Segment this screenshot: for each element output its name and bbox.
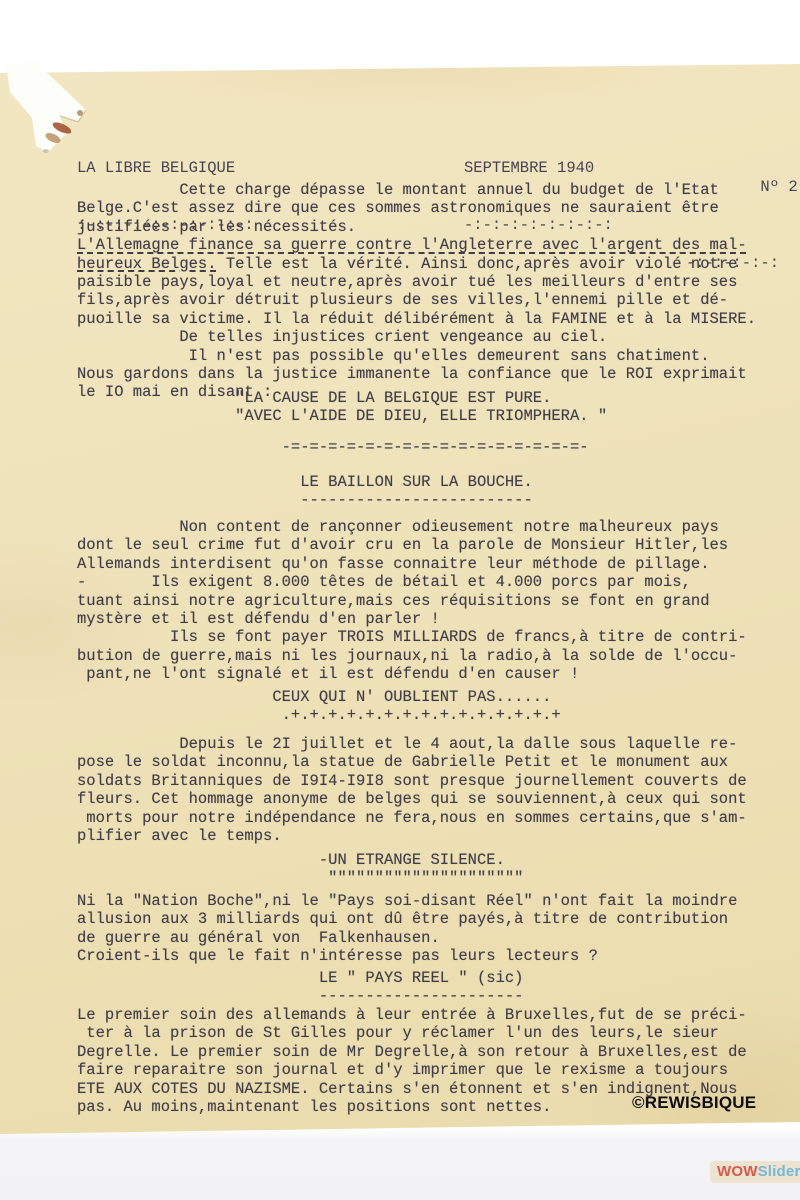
doc-line: ------------------------- (77, 491, 533, 509)
doc-line: "LA CAUSE DE LA BELGIQUE EST PURE. (77, 389, 607, 407)
heading-ceux: CEUX QUI N' OUBLIENT PAS...... .+.+.+.+.… (77, 688, 561, 725)
para-opening: Cette charge dépasse le montant annuel d… (77, 181, 756, 402)
doc-line: Croient-ils que le fait n'intéresse pas … (77, 947, 737, 965)
doc-line: dont le seul crime fut d'avoir cru en la… (77, 536, 747, 554)
doc-line: ter à la prison de St Gilles pour y récl… (77, 1024, 747, 1042)
doc-line: puoille sa victime. Il la réduit délibér… (77, 310, 756, 328)
quote-king: "LA CAUSE DE LA BELGIQUE EST PURE. "AVEC… (77, 389, 607, 426)
doc-line: fils,après avoir détruit plusieurs de se… (77, 291, 756, 309)
doc-line: De telles injustices crient vengeance au… (77, 328, 756, 346)
doc-line: -=-=-=-=-=-=-=-=-=-=-=-=-=-=-=-=- (77, 438, 589, 456)
slider-label: Slider (758, 1163, 800, 1180)
doc-line: .+.+.+.+.+.+.+.+.+.+.+.+.+.+.+ (77, 706, 561, 724)
heading-baillon: LE BAILLON SUR LA BOUCHE. --------------… (77, 473, 533, 510)
doc-line: -UN ETRANGE SILENCE. (77, 851, 523, 869)
heading-paysreel: LE " PAYS REEL " (sic) -----------------… (77, 969, 523, 1006)
doc-line: Cette charge dépasse le montant annuel d… (77, 181, 756, 199)
header-title: LA LIBRE BELGIQUE (77, 159, 254, 178)
divider-1: -=-=-=-=-=-=-=-=-=-=-=-=-=-=-=-=- (77, 438, 589, 456)
doc-line: fleurs. Cet hommage anonyme de belges qu… (77, 790, 747, 808)
doc-line: de guerre au général von Falkenhausen. (77, 929, 737, 947)
doc-line: Depuis le 2I juillet et le 4 aout,la dal… (77, 735, 747, 753)
doc-line: paisible pays,loyal et neutre,après avoi… (77, 273, 756, 291)
doc-line: pant,ne l'ont signalé et il est défendu … (77, 665, 747, 683)
doc-line: morts pour notre indépendance ne fera,no… (77, 809, 747, 827)
doc-line: LE " PAYS REEL " (sic) (77, 969, 523, 987)
doc-line: L'Allemagne finance sa guerre contre l'A… (77, 236, 756, 254)
para-ceux: Depuis le 2I juillet et le 4 aout,la dal… (77, 735, 747, 845)
doc-line: soldats Britanniques de I9I4-I9I8 sont p… (77, 772, 747, 790)
doc-line: Belge.C'est assez dire que ces sommes as… (77, 199, 756, 217)
doc-line: Degrelle. Le premier soin de Mr Degrelle… (77, 1043, 747, 1061)
wowslider-badge[interactable]: WOWSlider (710, 1161, 800, 1183)
para-baillon: Non content de rançonner odieusement not… (77, 518, 747, 684)
doc-line: ---------------------- (77, 987, 523, 1005)
doc-line: tuant ainsi notre agriculture,mais ces r… (77, 592, 747, 610)
doc-line: Nous gardons dans la justice immanente l… (77, 365, 756, 383)
doc-line: """"""""""""""""""""" (77, 869, 523, 887)
doc-line: justifiées par les nécessités. (77, 218, 756, 236)
header-issue-number: Nº 2 (760, 178, 797, 197)
doc-line: Non content de rançonner odieusement not… (77, 518, 747, 536)
heading-silence: -UN ETRANGE SILENCE. """""""""""""""""""… (77, 851, 523, 888)
doc-line: allusion aux 3 milliards qui ont dû être… (77, 910, 737, 928)
doc-line: bution de guerre,mais ni les journaux,ni… (77, 647, 747, 665)
doc-line: Le premier soin des allemands à leur ent… (77, 1006, 747, 1024)
para-silence: Ni la "Nation Boche",ni le "Pays soi-dis… (77, 892, 737, 966)
copyright-watermark: ©REWISBIQUE (632, 1093, 756, 1113)
doc-line: LE BAILLON SUR LA BOUCHE. (77, 473, 533, 491)
doc-line: mystère et il est défendu d'en parler ! (77, 610, 747, 628)
doc-line: Ni la "Nation Boche",ni le "Pays soi-dis… (77, 892, 737, 910)
doc-line: "AVEC L'AIDE DE DIEU, ELLE TRIOMPHERA. " (77, 407, 607, 425)
doc-line: CEUX QUI N' OUBLIENT PAS...... (77, 688, 561, 706)
doc-line: Ils se font payer TROIS MILLIARDS de fra… (77, 628, 747, 646)
wow-label: WOW (717, 1163, 758, 1180)
header-date: SEPTEMBRE 1940 (464, 159, 613, 178)
doc-line: heureux Belges. Telle est la vérité. Ain… (77, 255, 756, 273)
doc-line: Il n'est pas possible qu'elles demeurent… (77, 347, 756, 365)
doc-line: - Ils exigent 8.000 têtes de bétail et 4… (77, 573, 747, 591)
doc-line: Allemands interdisent qu'on fasse connai… (77, 555, 747, 573)
doc-line: pose le soldat inconnu,la statue de Gabr… (77, 753, 747, 771)
doc-line: faire reparaitre son journal et d'y impr… (77, 1061, 747, 1079)
doc-line: plifier avec le temps. (77, 827, 747, 845)
